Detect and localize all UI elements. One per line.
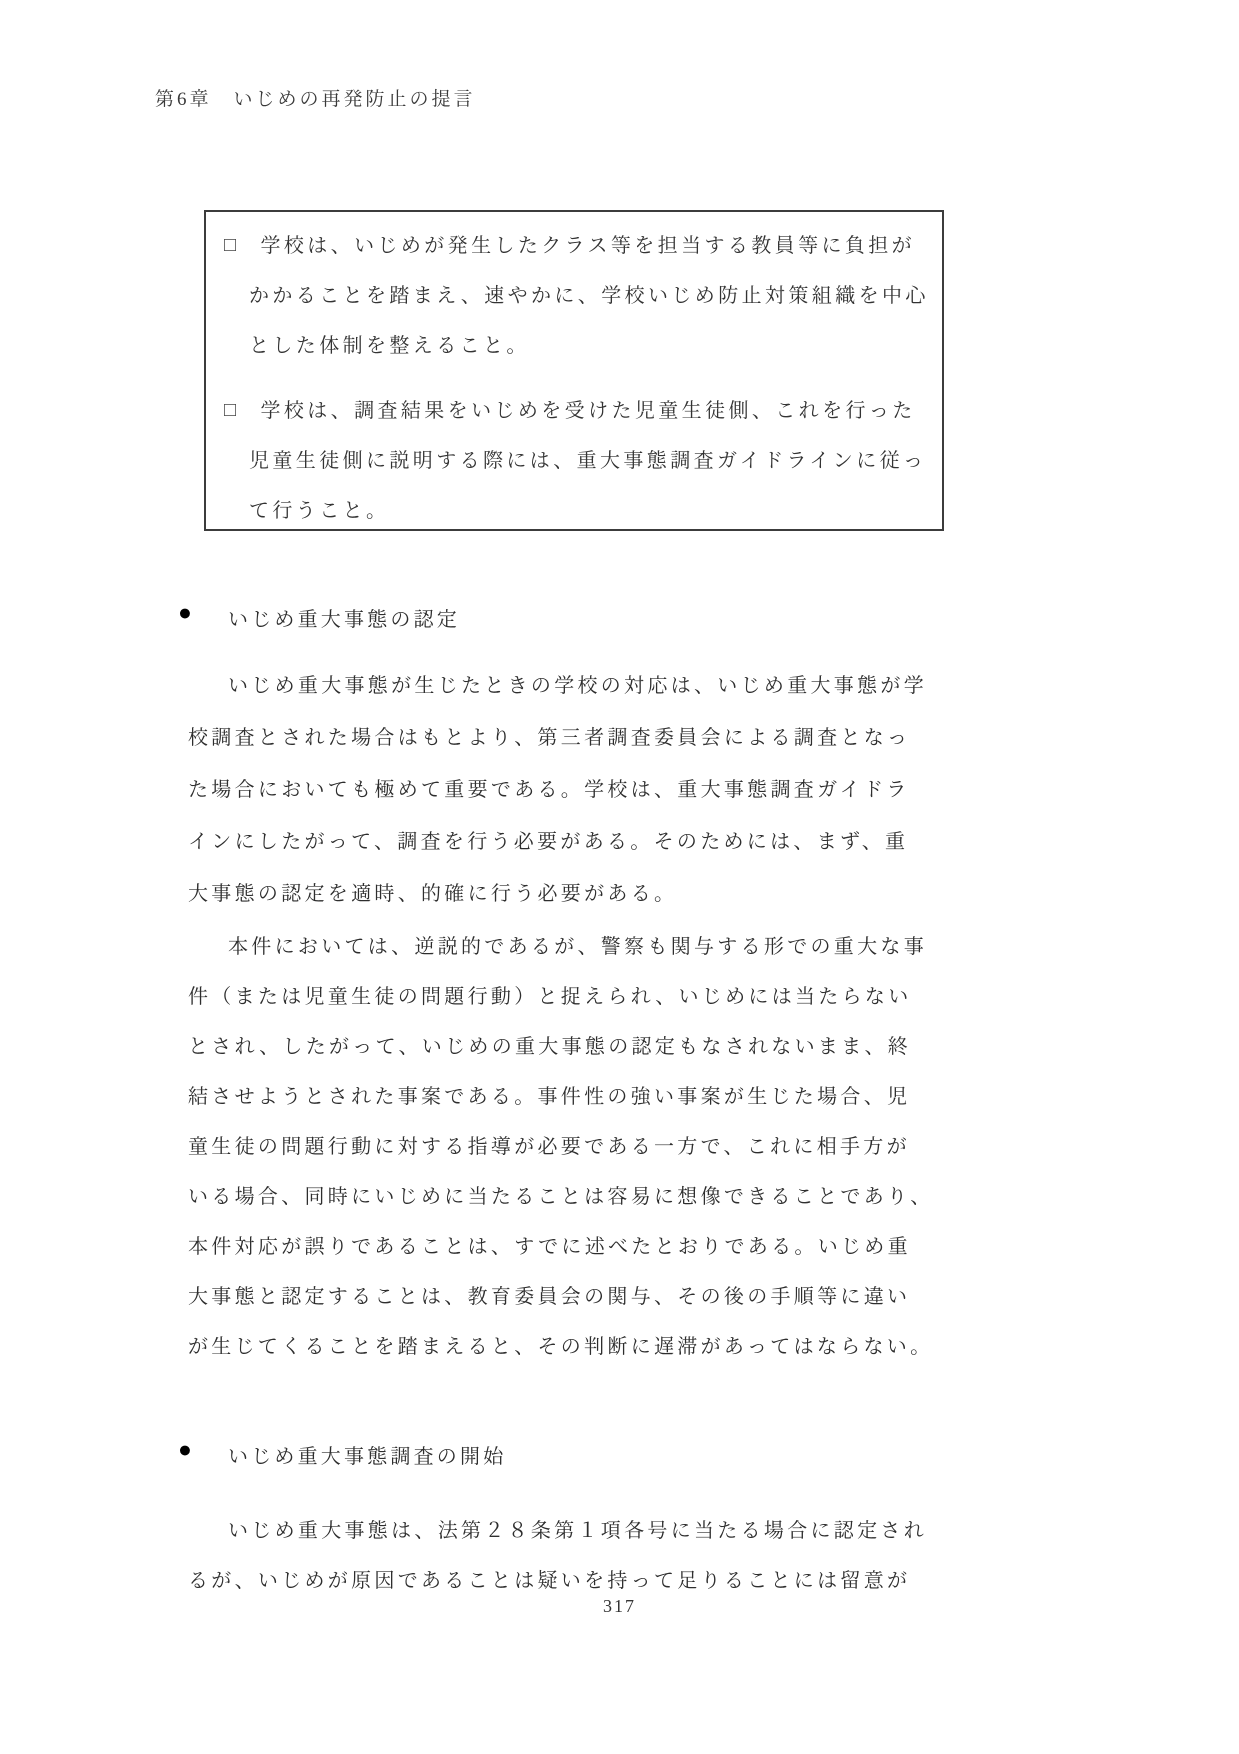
bullet-icon: ● — [178, 1437, 195, 1463]
paragraph-2-line-6: いる場合、同時にいじめに当たることは容易に想像できることであり、 — [188, 1172, 978, 1222]
box-item-1-text: 学校は、いじめが発生したクラス等を担当する教員等に負担が — [260, 235, 915, 257]
section-title: いじめ重大事態調査の開始 — [228, 1446, 506, 1468]
box-item-2: □学校は、調査結果をいじめを受けた児童生徒側、これを行った 児童生徒側に説明する… — [206, 386, 942, 536]
paragraph-3: いじめ重大事態は、法第２８条第１項各号に当たる場合に認定され るが、いじめが原因… — [188, 1506, 978, 1606]
paragraph-2-line-8: 大事態と認定することは、教育委員会の関与、その後の手順等に違い — [188, 1272, 978, 1322]
paragraph-2-line-9: が生じてくることを踏まえると、その判断に遅滞があってはならない。 — [188, 1322, 978, 1372]
box-item-1-line-3: とした体制を整えること。 — [206, 321, 942, 371]
paragraph-2-line-2: 件（または児童生徒の問題行動）と捉えられ、いじめには当たらない — [188, 972, 978, 1022]
section-heading-nintei: ●いじめ重大事態の認定 — [228, 603, 460, 632]
section-heading-kaishi: ●いじめ重大事態調査の開始 — [228, 1440, 506, 1469]
paragraph-1-line-2: 校調査とされた場合はもとより、第三者調査委員会による調査となっ — [188, 712, 978, 764]
paragraph-1-line-3: た場合においても極めて重要である。学校は、重大事態調査ガイドラ — [188, 764, 978, 816]
paragraph-1-line-5: 大事態の認定を適時、的確に行う必要がある。 — [188, 868, 978, 920]
paragraph-2-line-3: とされ、したがって、いじめの重大事態の認定もなされないまま、終 — [188, 1022, 978, 1072]
box-item-1: □学校は、いじめが発生したクラス等を担当する教員等に負担が かかることを踏まえ、… — [206, 221, 942, 371]
paragraph-2-line-1: 本件においては、逆説的であるが、警察も関与する形での重大な事 — [188, 922, 978, 972]
paragraph-1: いじめ重大事態が生じたときの学校の対応は、いじめ重大事態が学 校調査とされた場合… — [188, 660, 978, 920]
paragraph-2-line-5: 童生徒の問題行動に対する指導が必要である一方で、これに相手方が — [188, 1122, 978, 1172]
checkbox-icon: □ — [224, 385, 239, 435]
checkbox-icon: □ — [224, 220, 239, 270]
paragraph-3-line-1: いじめ重大事態は、法第２８条第１項各号に当たる場合に認定され — [188, 1506, 978, 1556]
box-item-2-text: 学校は、調査結果をいじめを受けた児童生徒側、これを行った — [260, 400, 915, 422]
paragraph-1-line-4: インにしたがって、調査を行う必要がある。そのためには、まず、重 — [188, 816, 978, 868]
recommendation-box: □学校は、いじめが発生したクラス等を担当する教員等に負担が かかることを踏まえ、… — [204, 210, 944, 531]
paragraph-2-line-4: 結させようとされた事案である。事件性の強い事案が生じた場合、児 — [188, 1072, 978, 1122]
chapter-header: 第6章 いじめの再発防止の提言 — [155, 84, 476, 111]
box-item-2-line-1: □学校は、調査結果をいじめを受けた児童生徒側、これを行った — [206, 386, 942, 436]
box-item-2-line-3: て行うこと。 — [206, 486, 942, 536]
paragraph-2: 本件においては、逆説的であるが、警察も関与する形での重大な事 件（または児童生徒… — [188, 922, 978, 1372]
paragraph-2-line-7: 本件対応が誤りであることは、すでに述べたとおりである。いじめ重 — [188, 1222, 978, 1272]
section-title: いじめ重大事態の認定 — [228, 609, 460, 631]
page-number: 317 — [0, 1596, 1239, 1617]
box-item-2-line-2: 児童生徒側に説明する際には、重大事態調査ガイドラインに従っ — [206, 436, 942, 486]
box-item-1-line-1: □学校は、いじめが発生したクラス等を担当する教員等に負担が — [206, 221, 942, 271]
bullet-icon: ● — [178, 600, 195, 626]
box-item-1-line-2: かかることを踏まえ、速やかに、学校いじめ防止対策組織を中心 — [206, 271, 942, 321]
paragraph-1-line-1: いじめ重大事態が生じたときの学校の対応は、いじめ重大事態が学 — [188, 660, 978, 712]
